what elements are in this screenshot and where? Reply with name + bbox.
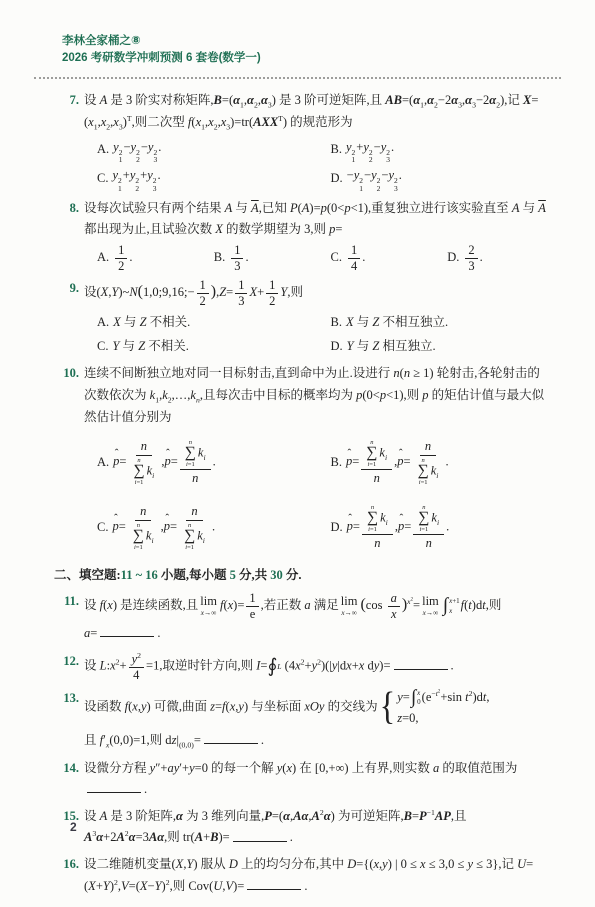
option-math: 13.	[229, 243, 248, 274]
option-A: A.12.	[84, 243, 201, 274]
question-8: 8. 设每次试验只有两个结果 A 与 A,已知 P(A)=p(0<p<1),重复…	[54, 198, 551, 274]
option-math: Y 与 Z 不相关.	[112, 335, 188, 359]
question-7-number: 7.	[54, 90, 84, 111]
option-B: B.y21+y22−y23.	[318, 136, 552, 165]
question-15-number: 15.	[54, 806, 84, 827]
question-15: 15. 设 A 是 3 阶矩阵,α 为 3 维列向量,P=(α,Aα,A2α) …	[54, 806, 551, 849]
option-A: A.y21−y22−y23.	[84, 136, 318, 165]
option-B: B.X 与 Z 不相互独立.	[318, 311, 552, 335]
option-math: 12.	[113, 243, 132, 274]
question-9-options: A.X 与 Z 不相关. B.X 与 Z 不相互独立. C.Y 与 Z 不相关.…	[84, 311, 551, 359]
question-16: 16. 设二维随机变量(X,Y) 服从 D 上的均匀分布,其中 D={(x,y)…	[54, 854, 551, 897]
option-math: X 与 Z 不相互独立.	[346, 311, 448, 335]
question-8-body: 设每次试验只有两个结果 A 与 A,已知 P(A)=p(0<p<1),重复独立进…	[84, 198, 551, 241]
question-11-body2: a=.	[84, 622, 551, 646]
option-label: D.	[331, 167, 343, 191]
option-label: D.	[447, 246, 459, 270]
option-math: X 与 Z 不相关.	[113, 311, 190, 335]
question-11-body: 设 f(x) 是连续函数,且limx→∞f(x)=1e,若正数 a 满足limx…	[84, 591, 551, 622]
question-12: 12. 设 L:x2+y24=1,取逆时针方向,则 I=∮L (4x2+y2)(…	[54, 651, 551, 683]
option-D: D.p=n∑i=1kin,p=n∑i=1kin.	[318, 503, 552, 552]
question-10-options: A.p=nn∑i=1ki,p=n∑i=1kin. B.p=n∑i=1kin,p=…	[84, 430, 551, 560]
option-label: A.	[97, 138, 109, 162]
question-13-body2: 且 f′x(0,0)=1,则 dz|(0,0)=.	[84, 729, 551, 753]
question-8-number: 8.	[54, 198, 84, 219]
option-math: p=nn∑i=1ki,p=n∑i=1kin.	[113, 438, 216, 487]
option-C: C.y21+y22+y23.	[84, 164, 318, 193]
option-label: B.	[331, 451, 342, 475]
option-D: D.−y21−y22−y23.	[318, 164, 552, 193]
option-math: y21−y22−y23.	[113, 136, 161, 165]
question-15-body: 设 A 是 3 阶矩阵,α 为 3 维列向量,P=(α,Aα,A2α) 为可逆矩…	[84, 806, 551, 849]
option-A: A.p=nn∑i=1ki,p=n∑i=1kin.	[84, 438, 318, 487]
option-D: D.23.	[434, 243, 551, 274]
option-math: p=nn∑i=1ki,p=nn∑i=1ki.	[112, 503, 215, 552]
option-math: 23.	[463, 243, 482, 274]
question-16-body: 设二维随机变量(X,Y) 服从 D 上的均匀分布,其中 D={(x,y) | 0…	[84, 854, 551, 897]
option-math: y21+y22−y23.	[346, 136, 394, 165]
option-label: C.	[97, 167, 108, 191]
option-math: −y21−y22−y23.	[347, 164, 402, 193]
option-math: Y 与 Z 相互独立.	[347, 335, 436, 359]
option-label: B.	[331, 138, 342, 162]
option-C: C.Y 与 Z 不相关.	[84, 335, 318, 359]
question-13: 13. 设函数 f(x,y) 可微,曲面 z=f(x,y) 与坐标面 xOy 的…	[54, 688, 551, 753]
question-12-number: 12.	[54, 651, 84, 672]
option-label: B.	[331, 311, 342, 335]
exam-content: 7. 设 A 是 3 阶实对称矩阵,B=(α1,α2,α3) 是 3 阶可逆矩阵…	[54, 90, 551, 902]
option-label: A.	[97, 246, 109, 270]
question-7-options: A.y21−y22−y23. B.y21+y22−y23. C.y21+y22+…	[84, 136, 551, 193]
question-10: 10. 连续不间断独立地对同一目标射击,直到命中为止.设进行 n(n ≥ 1) …	[54, 363, 551, 560]
question-14: 14. 设微分方程 y″+ay′+y=0 的每一个解 y(x) 在 [0,+∞)…	[54, 758, 551, 801]
question-9-body: 设(X,Y)~N(1,0;9,16;−12),Z=13X+12Y,则	[84, 278, 551, 309]
page-header: 李林全家桶之⑧ 2026 考研数学冲刺预测 6 套卷(数学一)	[62, 33, 261, 67]
option-B: B.13.	[201, 243, 318, 274]
question-16-number: 16.	[54, 854, 84, 875]
dotted-divider	[34, 77, 561, 79]
question-14-body: 设微分方程 y″+ay′+y=0 的每一个解 y(x) 在 [0,+∞) 上有界…	[84, 758, 551, 801]
question-11: 11. 设 f(x) 是连续函数,且limx→∞f(x)=1e,若正数 a 满足…	[54, 591, 551, 646]
page-number: 2	[70, 820, 77, 834]
question-7: 7. 设 A 是 3 阶实对称矩阵,B=(α1,α2,α3) 是 3 阶可逆矩阵…	[54, 90, 551, 193]
option-C: C.14.	[318, 243, 435, 274]
option-math: p=n∑i=1kin,p=n∑i=1kin.	[347, 503, 450, 552]
option-label: D.	[331, 516, 343, 540]
option-label: A.	[97, 451, 109, 475]
exam-page: 李林全家桶之⑧ 2026 考研数学冲刺预测 6 套卷(数学一) 7. 设 A 是…	[0, 0, 595, 907]
section-2-title: 二、填空题:11 ~ 16 小题,每小题 5 分,共 30 分.	[54, 565, 551, 585]
option-label: C.	[97, 516, 108, 540]
option-label: A.	[97, 311, 109, 335]
question-8-options: A.12. B.13. C.14. D.23.	[84, 243, 551, 274]
question-13-body: 设函数 f(x,y) 可微,曲面 z=f(x,y) 与坐标面 xOy 的交线为{…	[84, 688, 551, 728]
option-math: y21+y22+y23.	[112, 164, 160, 193]
option-C: C.p=nn∑i=1ki,p=nn∑i=1ki.	[84, 503, 318, 552]
option-B: B.p=n∑i=1kin,p=nn∑i=1ki.	[318, 438, 552, 487]
option-label: C.	[331, 246, 342, 270]
question-12-body: 设 L:x2+y24=1,取逆时针方向,则 I=∮L (4x2+y2)(|y|d…	[84, 651, 551, 683]
question-14-number: 14.	[54, 758, 84, 779]
question-13-number: 13.	[54, 688, 84, 709]
question-9-number: 9.	[54, 278, 84, 299]
brand-line: 李林全家桶之⑧	[62, 33, 261, 50]
question-11-number: 11.	[54, 591, 84, 612]
question-7-body: 设 A 是 3 阶实对称矩阵,B=(α1,α2,α3) 是 3 阶可逆矩阵,且 …	[84, 90, 551, 134]
option-math: 14.	[346, 243, 365, 274]
option-label: C.	[97, 335, 108, 359]
option-label: D.	[331, 335, 343, 359]
question-10-body: 连续不间断独立地对同一目标射击,直到命中为止.设进行 n(n ≥ 1) 轮射击,…	[84, 363, 551, 428]
question-9: 9. 设(X,Y)~N(1,0;9,16;−12),Z=13X+12Y,则 A.…	[54, 278, 551, 358]
option-math: p=n∑i=1kin,p=nn∑i=1ki.	[346, 438, 449, 487]
option-A: A.X 与 Z 不相关.	[84, 311, 318, 335]
question-10-number: 10.	[54, 363, 84, 384]
option-D: D.Y 与 Z 相互独立.	[318, 335, 552, 359]
title-line: 2026 考研数学冲刺预测 6 套卷(数学一)	[62, 50, 261, 67]
option-label: B.	[214, 246, 225, 270]
